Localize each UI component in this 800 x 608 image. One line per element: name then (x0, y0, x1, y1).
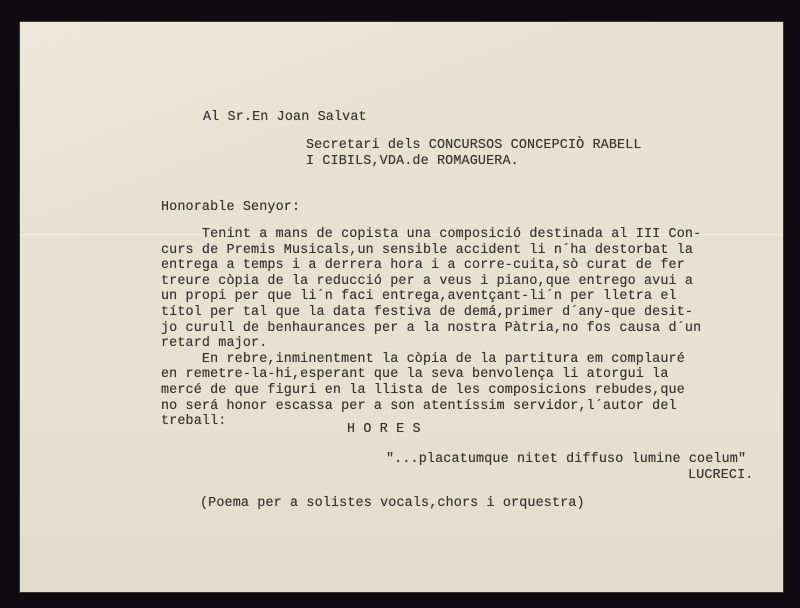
body-line: En rebre,inminentment la còpia de la par… (161, 352, 701, 368)
letter-page: Al Sr.En Joan Salvat Secretari dels CONC… (20, 22, 783, 592)
body-line: mercé de que figuri en la llista de les … (161, 383, 701, 399)
addressee-title-line-2: I CIBILS,VDA.de ROMAGUERA. (306, 154, 519, 170)
body-line: treure còpia de la reducció per a veus i… (161, 274, 701, 290)
body-line: en remetre-la-hi,esperant que la seva be… (161, 367, 701, 383)
body-line: curs de Premis Musicals,un sensible acci… (161, 243, 701, 259)
salutation: Honorable Senyor: (161, 200, 300, 216)
epigraph: "...placatumque nitet diffuso lumine coe… (386, 452, 746, 468)
body-line: Tenint a mans de copista una composició … (161, 227, 701, 243)
addressee-title-line-1: Secretari dels CONCURSOS CONCEPCIÒ RABEL… (306, 138, 642, 154)
addressee: Al Sr.En Joan Salvat (203, 110, 367, 126)
body-line: no será honor escassa per a son atentíss… (161, 399, 701, 415)
body-line: treball: (161, 414, 701, 430)
body-line: jo curull de benhaurances per a la nostr… (161, 321, 701, 337)
body-line: retard major. (161, 336, 701, 352)
work-title: H O R E S (347, 422, 421, 438)
body-line: un propi per que li´n faci entrega,avent… (161, 289, 701, 305)
letter-body: Tenint a mans de copista una composició … (161, 227, 701, 430)
body-line: títol per tal que la data festiva de dem… (161, 305, 701, 321)
body-line: entrega a temps i a derrera hora i a cor… (161, 258, 701, 274)
work-subtitle: (Poema per a solistes vocals,chors i orq… (200, 496, 585, 512)
epigraph-author: LUCRECI. (688, 468, 754, 484)
